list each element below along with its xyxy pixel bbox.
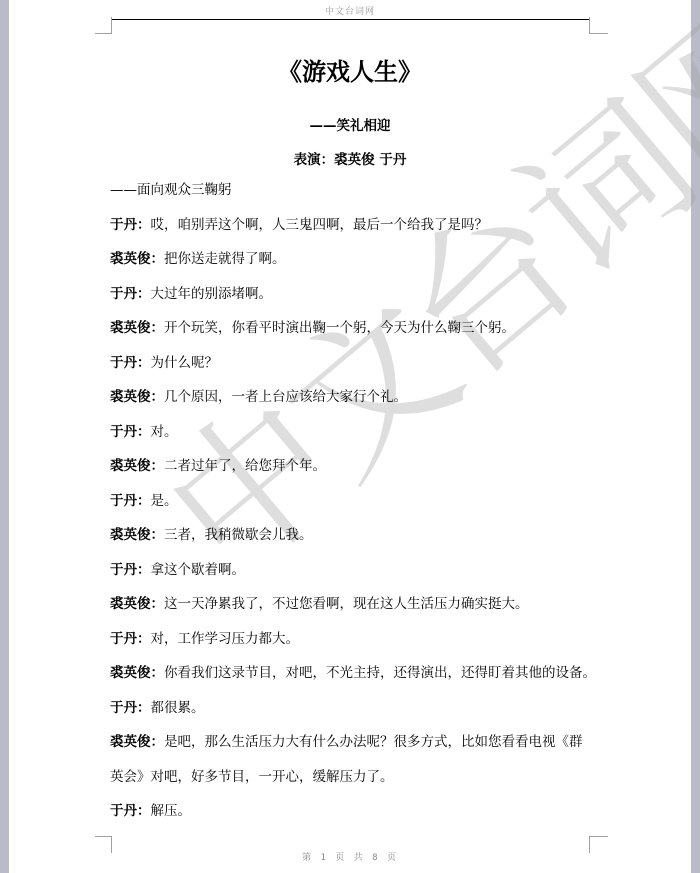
script-body: ——面向观众三鞠躬 于丹：哎，咱别弄这个啊，人三鬼四啊，最后一个给我了是吗？ 裘… — [110, 182, 600, 838]
dialogue-line: 于丹：是。 — [110, 493, 600, 510]
dialogue-text: 拿这个歇着啊。 — [151, 562, 246, 578]
dialogue-text: 三者，我稍微歇会儿我。 — [164, 527, 313, 543]
dialogue-line: 于丹：拿这个歇着啊。 — [110, 562, 600, 579]
dialogue-line: 裘英俊：这一天净累我了，不过您看啊，现在这人生活压力确实挺大。 — [110, 596, 600, 613]
header-divider — [111, 19, 589, 20]
speaker-name: 于丹： — [110, 562, 151, 578]
speaker-name: 裘英俊： — [110, 527, 164, 543]
speaker-name: 于丹： — [110, 803, 151, 819]
dialogue-line: 裘英俊：开个玩笑，你看平时演出鞠一个躬，今天为什么鞠三个躬。 — [110, 320, 600, 337]
dialogue-text: 是吧，那么生活压力大有什么办法呢？很多方式，比如您看看电视《群 — [164, 734, 583, 750]
dialogue-text: 哎，咱别弄这个啊，人三鬼四啊，最后一个给我了是吗？ — [151, 217, 489, 233]
dialogue-line: 于丹：对。 — [110, 424, 600, 441]
dialogue-line: 裘英俊：你看我们这录节目，对吧，不光主持，还得演出，还得盯着其他的设备。 — [110, 665, 600, 682]
speaker-name: 于丹： — [110, 286, 151, 302]
dialogue-text: 对。 — [151, 424, 178, 440]
stage-direction: ——面向观众三鞠躬 — [110, 182, 600, 199]
dialogue-text: 你看我们这录节目，对吧，不光主持，还得演出，还得盯着其他的设备。 — [164, 665, 596, 681]
speaker-name: 裘英俊： — [110, 458, 164, 474]
dialogue-line: 裘英俊：是吧，那么生活压力大有什么办法呢？很多方式，比如您看看电视《群 — [110, 734, 600, 751]
dialogue-line: 于丹：为什么呢？ — [110, 355, 600, 372]
dialogue-text: 开个玩笑，你看平时演出鞠一个躬，今天为什么鞠三个躬。 — [164, 320, 515, 336]
speaker-name: 于丹： — [110, 631, 151, 647]
speaker-name: 裘英俊： — [110, 596, 164, 612]
dialogue-line: 于丹：对，工作学习压力都大。 — [110, 631, 600, 648]
speaker-name: 裘英俊： — [110, 389, 164, 405]
dialogue-line: 裘英俊：几个原因，一者上台应该给大家行个礼。 — [110, 389, 600, 406]
dialogue-text: 是。 — [151, 493, 178, 509]
dialogue-text: 二者过年了，给您拜个年。 — [164, 458, 326, 474]
dialogue-line: 裘英俊：三者，我稍微歇会儿我。 — [110, 527, 600, 544]
dialogue-text: 对，工作学习压力都大。 — [151, 631, 300, 647]
dialogue-line: 于丹：解压。 — [110, 803, 600, 820]
dialogue-line: 于丹：都很累。 — [110, 700, 600, 717]
speaker-name: 于丹： — [110, 493, 151, 509]
dialogue-line-continued: 英会》对吧，好多节目，一开心，缓解压力了。 — [110, 769, 600, 786]
margin-corner-top-left — [95, 17, 112, 34]
dialogue-text: 为什么呢？ — [151, 355, 219, 371]
dialogue-line: 于丹：哎，咱别弄这个啊，人三鬼四啊，最后一个给我了是吗？ — [110, 217, 600, 234]
speaker-name: 于丹： — [110, 700, 151, 716]
speaker-name: 裘英俊： — [110, 734, 164, 750]
dialogue-line: 裘英俊：二者过年了，给您拜个年。 — [110, 458, 600, 475]
margin-corner-top-right — [589, 17, 608, 34]
dialogue-text: 解压。 — [151, 803, 192, 819]
dialogue-text: 都很累。 — [151, 700, 205, 716]
speaker-name: 裘英俊： — [110, 251, 164, 267]
dialogue-text: 这一天净累我了，不过您看啊，现在这人生活压力确实挺大。 — [164, 596, 529, 612]
dialogue-text: 几个原因，一者上台应该给大家行个礼。 — [164, 389, 407, 405]
speaker-name: 于丹： — [110, 424, 151, 440]
speaker-name: 裘英俊： — [110, 665, 164, 681]
document-title: 《游戏人生》 — [0, 52, 700, 87]
page-footer: 第 1 页 共 8 页 — [0, 850, 700, 863]
dialogue-text: 把你送走就得了啊。 — [164, 251, 286, 267]
speaker-name: 裘英俊： — [110, 320, 164, 336]
dialogue-text: 大过年的别添堵啊。 — [151, 286, 273, 302]
dialogue-line: 于丹：大过年的别添堵啊。 — [110, 286, 600, 303]
performers-line: 表演：裘英俊 于丹 — [0, 148, 700, 168]
document-subtitle: ——笑礼相迎 — [0, 114, 700, 134]
page-header: 中文台词网 — [0, 4, 700, 17]
dialogue-line: 裘英俊：把你送走就得了啊。 — [110, 251, 600, 268]
dialogue-text: 英会》对吧，好多节目，一开心，缓解压力了。 — [110, 769, 394, 785]
speaker-name: 于丹： — [110, 217, 151, 233]
speaker-name: 于丹： — [110, 355, 151, 371]
